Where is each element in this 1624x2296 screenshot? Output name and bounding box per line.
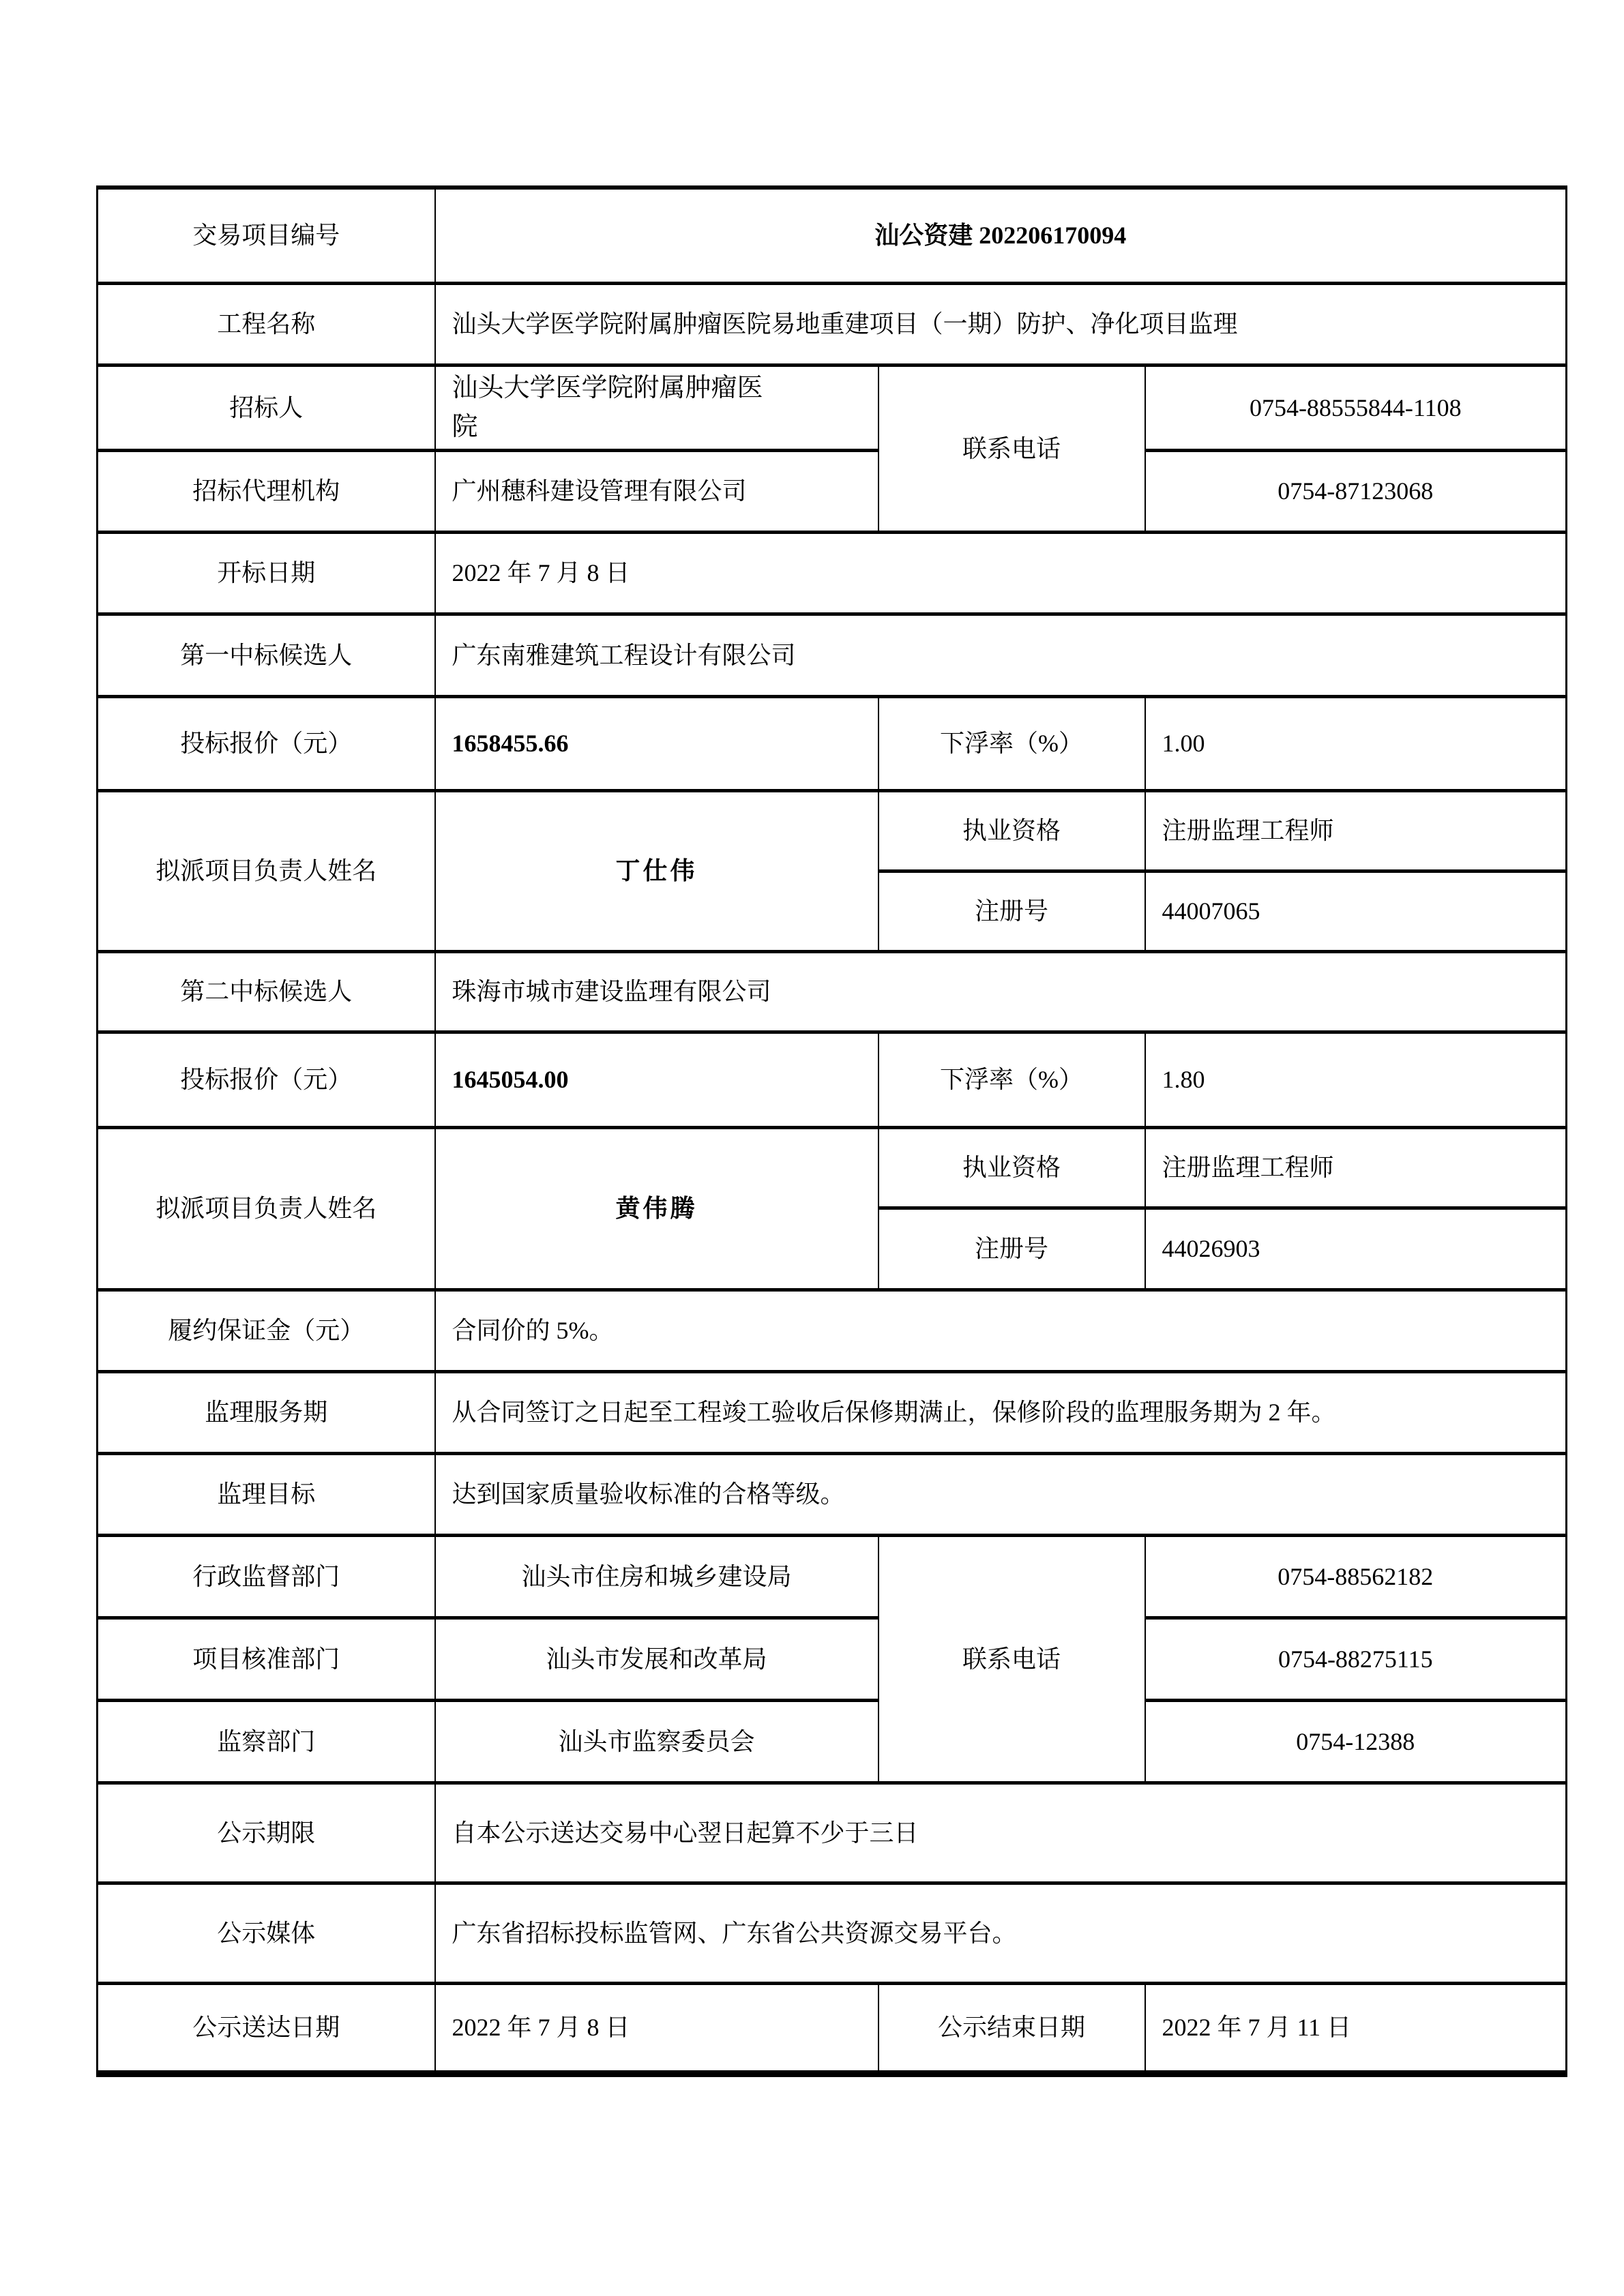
publicity-media-value: 广东省招标投标监管网、广东省公共资源交易平台。 — [435, 1883, 1567, 1983]
approval-dept-value: 汕头市发展和改革局 — [435, 1617, 879, 1700]
tenderer-label: 招标人 — [98, 365, 435, 450]
project-no-value: 汕公资建 202206170094 — [435, 188, 1567, 283]
admin-dept-phone: 0754-88562182 — [1145, 1535, 1567, 1617]
agency-label: 招标代理机构 — [98, 450, 435, 532]
second-manager-label: 拟派项目负责人姓名 — [98, 1127, 435, 1289]
approval-dept-phone: 0754-88275115 — [1145, 1617, 1567, 1700]
publicity-period-value: 自本公示送达交易中心翌日起算不少于三日 — [435, 1783, 1567, 1883]
first-manager-name: 丁仕伟 — [435, 790, 879, 951]
second-reg-value: 44026903 — [1145, 1208, 1567, 1289]
second-rate-label: 下浮率（%） — [879, 1032, 1145, 1127]
delivery-date-value: 2022 年 7 月 8 日 — [435, 1983, 879, 2074]
performance-bond-label: 履约保证金（元） — [98, 1289, 435, 1371]
document-page: 交易项目编号 汕公资建 202206170094 工程名称 汕头大学医学院附属肿… — [0, 0, 1624, 2296]
end-date-label: 公示结束日期 — [879, 1983, 1145, 2074]
first-rate-label: 下浮率（%） — [879, 696, 1145, 790]
project-name-value: 汕头大学医学院附属肿瘤医院易地重建项目（一期）防护、净化项目监理 — [435, 283, 1567, 365]
first-qual-label: 执业资格 — [879, 790, 1145, 871]
second-rate-value: 1.80 — [1145, 1032, 1567, 1127]
service-period-value: 从合同签订之日起至工程竣工验收后保修期满止，保修阶段的监理服务期为 2 年。 — [435, 1371, 1567, 1453]
agency-phone: 0754-87123068 — [1145, 450, 1567, 532]
first-qual-value: 注册监理工程师 — [1145, 790, 1567, 871]
approval-dept-label: 项目核准部门 — [98, 1617, 435, 1700]
first-reg-label: 注册号 — [879, 871, 1145, 951]
bid-opening-date-label: 开标日期 — [98, 532, 435, 614]
second-candidate-label: 第二中标候选人 — [98, 951, 435, 1032]
second-price-label: 投标报价（元） — [98, 1032, 435, 1127]
target-value: 达到国家质量验收标准的合格等级。 — [435, 1453, 1567, 1535]
agency-value: 广州穗科建设管理有限公司 — [435, 450, 879, 532]
supervision-dept-value: 汕头市监察委员会 — [435, 1700, 879, 1783]
publicity-period-label: 公示期限 — [98, 1783, 435, 1883]
first-price-label: 投标报价（元） — [98, 696, 435, 790]
project-name-label: 工程名称 — [98, 283, 435, 365]
publicity-media-label: 公示媒体 — [98, 1883, 435, 1983]
tenderer-value: 汕头大学医学院附属肿瘤医院 — [435, 365, 879, 450]
contact-phone-label: 联系电话 — [879, 365, 1145, 532]
dept-contact-phone-label: 联系电话 — [879, 1535, 1145, 1783]
bid-opening-date-value: 2022 年 7 月 8 日 — [435, 532, 1567, 614]
tenderer-phone: 0754-88555844-1108 — [1145, 365, 1567, 450]
second-manager-name: 黄伟腾 — [435, 1127, 879, 1289]
second-reg-label: 注册号 — [879, 1208, 1145, 1289]
first-reg-value: 44007065 — [1145, 871, 1567, 951]
end-date-value: 2022 年 7 月 11 日 — [1145, 1983, 1567, 2074]
second-qual-label: 执业资格 — [879, 1127, 1145, 1208]
second-qual-value: 注册监理工程师 — [1145, 1127, 1567, 1208]
service-period-label: 监理服务期 — [98, 1371, 435, 1453]
project-no-label: 交易项目编号 — [98, 188, 435, 283]
tenderer-value-text: 汕头大学医学院附属肿瘤医院 — [452, 369, 778, 447]
target-label: 监理目标 — [98, 1453, 435, 1535]
first-price-value: 1658455.66 — [435, 696, 879, 790]
supervision-dept-phone: 0754-12388 — [1145, 1700, 1567, 1783]
performance-bond-value: 合同价的 5%。 — [435, 1289, 1567, 1371]
admin-dept-value: 汕头市住房和城乡建设局 — [435, 1535, 879, 1617]
delivery-date-label: 公示送达日期 — [98, 1983, 435, 2074]
first-manager-label: 拟派项目负责人姓名 — [98, 790, 435, 951]
first-rate-value: 1.00 — [1145, 696, 1567, 790]
first-candidate-value: 广东南雅建筑工程设计有限公司 — [435, 614, 1567, 696]
bid-result-table: 交易项目编号 汕公资建 202206170094 工程名称 汕头大学医学院附属肿… — [96, 185, 1567, 2077]
second-candidate-value: 珠海市城市建设监理有限公司 — [435, 951, 1567, 1032]
second-price-value: 1645054.00 — [435, 1032, 879, 1127]
admin-dept-label: 行政监督部门 — [98, 1535, 435, 1617]
first-candidate-label: 第一中标候选人 — [98, 614, 435, 696]
supervision-dept-label: 监察部门 — [98, 1700, 435, 1783]
